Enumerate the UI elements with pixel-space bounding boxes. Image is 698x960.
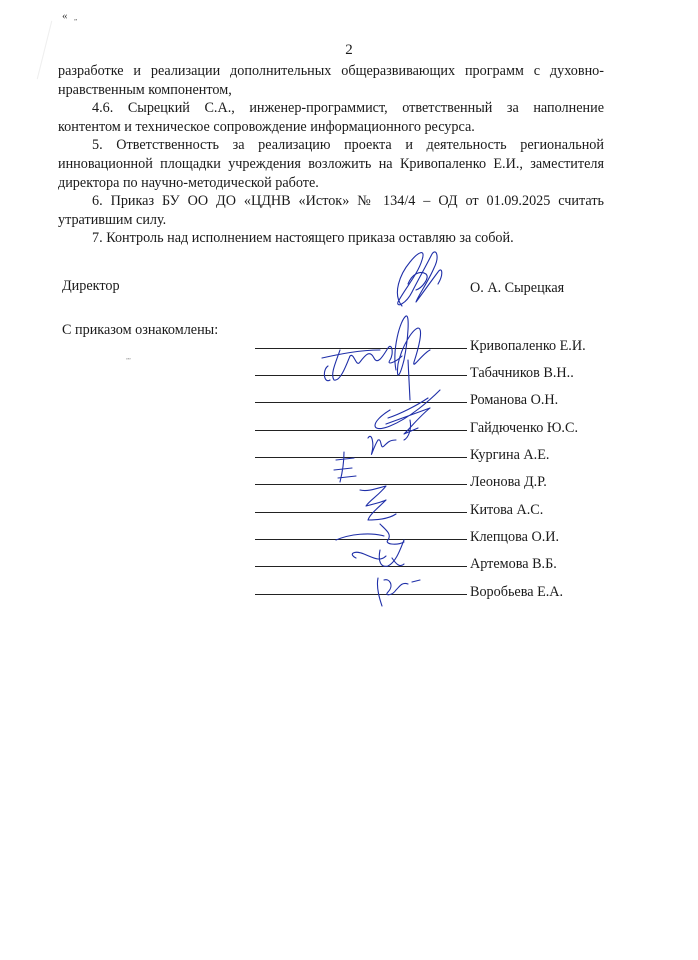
signatory-row: Кривопаленко Е.И. bbox=[0, 322, 698, 349]
signatory-row: Табачников В.Н.. bbox=[0, 349, 698, 376]
scan-artifact-mark: « bbox=[62, 10, 68, 22]
signatory-row: Артемова В.Б. bbox=[0, 540, 698, 567]
signature-line bbox=[255, 566, 467, 567]
signature-line bbox=[255, 402, 467, 403]
signatory-row: Леонова Д.Р. bbox=[0, 458, 698, 485]
paragraph-6: 6. Приказ БУ ОО ДО «ЦДНВ «Исток» № 134/4… bbox=[58, 192, 604, 229]
paragraph-7: 7. Контроль над исполнением настоящего п… bbox=[58, 229, 604, 248]
signatory-row: Китова А.С. bbox=[0, 486, 698, 513]
page-number: 2 bbox=[0, 42, 698, 59]
signatory-row: Романова О.Н. bbox=[0, 376, 698, 403]
paragraph-continuation: разработке и реализации дополнительных о… bbox=[58, 62, 604, 99]
document-body: разработке и реализации дополнительных о… bbox=[58, 62, 604, 248]
signatory-name: Воробьева Е.А. bbox=[470, 584, 563, 601]
signatory-row: Воробьева Е.А. bbox=[0, 568, 698, 595]
signatory-row: Кургина А.Е. bbox=[0, 431, 698, 458]
signatory-row: Клепцова О.И. bbox=[0, 513, 698, 540]
signature-line bbox=[255, 594, 467, 595]
director-name: О. А. Сырецкая bbox=[470, 280, 564, 297]
director-label: Директор bbox=[62, 278, 120, 295]
paragraph-5: 5. Ответственность за реализацию проекта… bbox=[58, 136, 604, 192]
signatory-row: Гайдюченко Ю.С. bbox=[0, 404, 698, 431]
paragraph-4-6: 4.6. Сырецкий С.А., инженер-программист,… bbox=[58, 99, 604, 136]
scan-artifact-mark: „ bbox=[74, 14, 77, 22]
director-signature bbox=[382, 244, 452, 314]
signature-line bbox=[255, 484, 467, 485]
